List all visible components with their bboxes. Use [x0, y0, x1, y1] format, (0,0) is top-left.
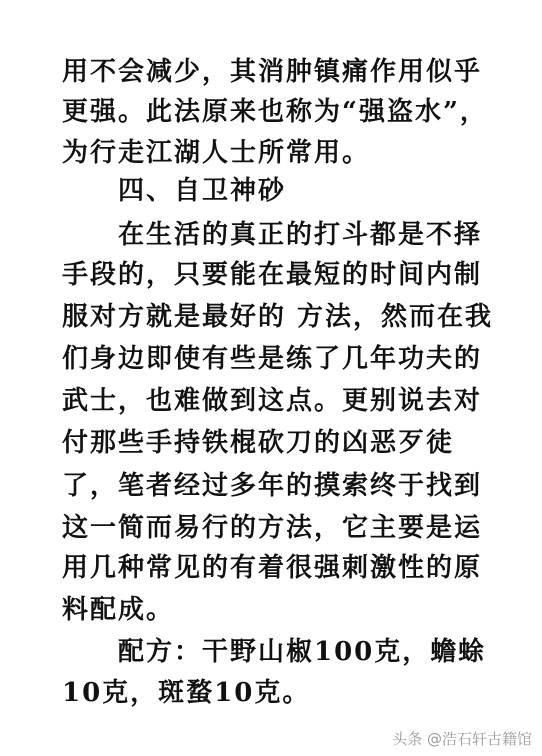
paragraph-line: 这一简而易行的方法，它主要是运 [62, 513, 462, 543]
paragraph-line: 付那些手持铁棍砍刀的凶恶歹徒 [62, 428, 462, 458]
recipe-line: 10克，斑蝥10克。 [62, 678, 462, 708]
section-heading: 四、自卫神砂 [118, 176, 518, 206]
paragraph-line: 为行走江湖人士所常用。 [62, 138, 462, 168]
document-page: 用不会减少，其消肿镇痛作用似乎 更强。此法原来也称为“强盗水”， 为行走江湖人士… [0, 0, 542, 756]
paragraph-line: 更强。此法原来也称为“强盗水”， [62, 97, 462, 127]
paragraph-line: 手段的，只要能在最短的时间内制 [62, 260, 462, 290]
paragraph-line: 用不会减少，其消肿镇痛作用似乎 [62, 57, 462, 87]
paragraph-line: 料配成。 [62, 595, 462, 625]
watermark: 头条 @浩石轩古籍馆 [392, 728, 532, 749]
recipe-line: 配方：干野山椒100克，蟾蜍 [118, 637, 518, 667]
paragraph-line: 了，笔者经过多年的摸索终于找到 [62, 471, 462, 501]
paragraph-line: 们身边即使有些是练了几年功夫的 [62, 344, 462, 374]
paragraph-line: 用几种常见的有着很强刺激性的原 [62, 553, 462, 583]
paragraph-line: 在生活的真正的打斗都是不择 [118, 220, 518, 250]
paragraph-line: 服对方就是最好的 方法，然而在我 [62, 302, 462, 332]
paragraph-line: 武士，也难做到这点。更别说去对 [62, 386, 462, 416]
